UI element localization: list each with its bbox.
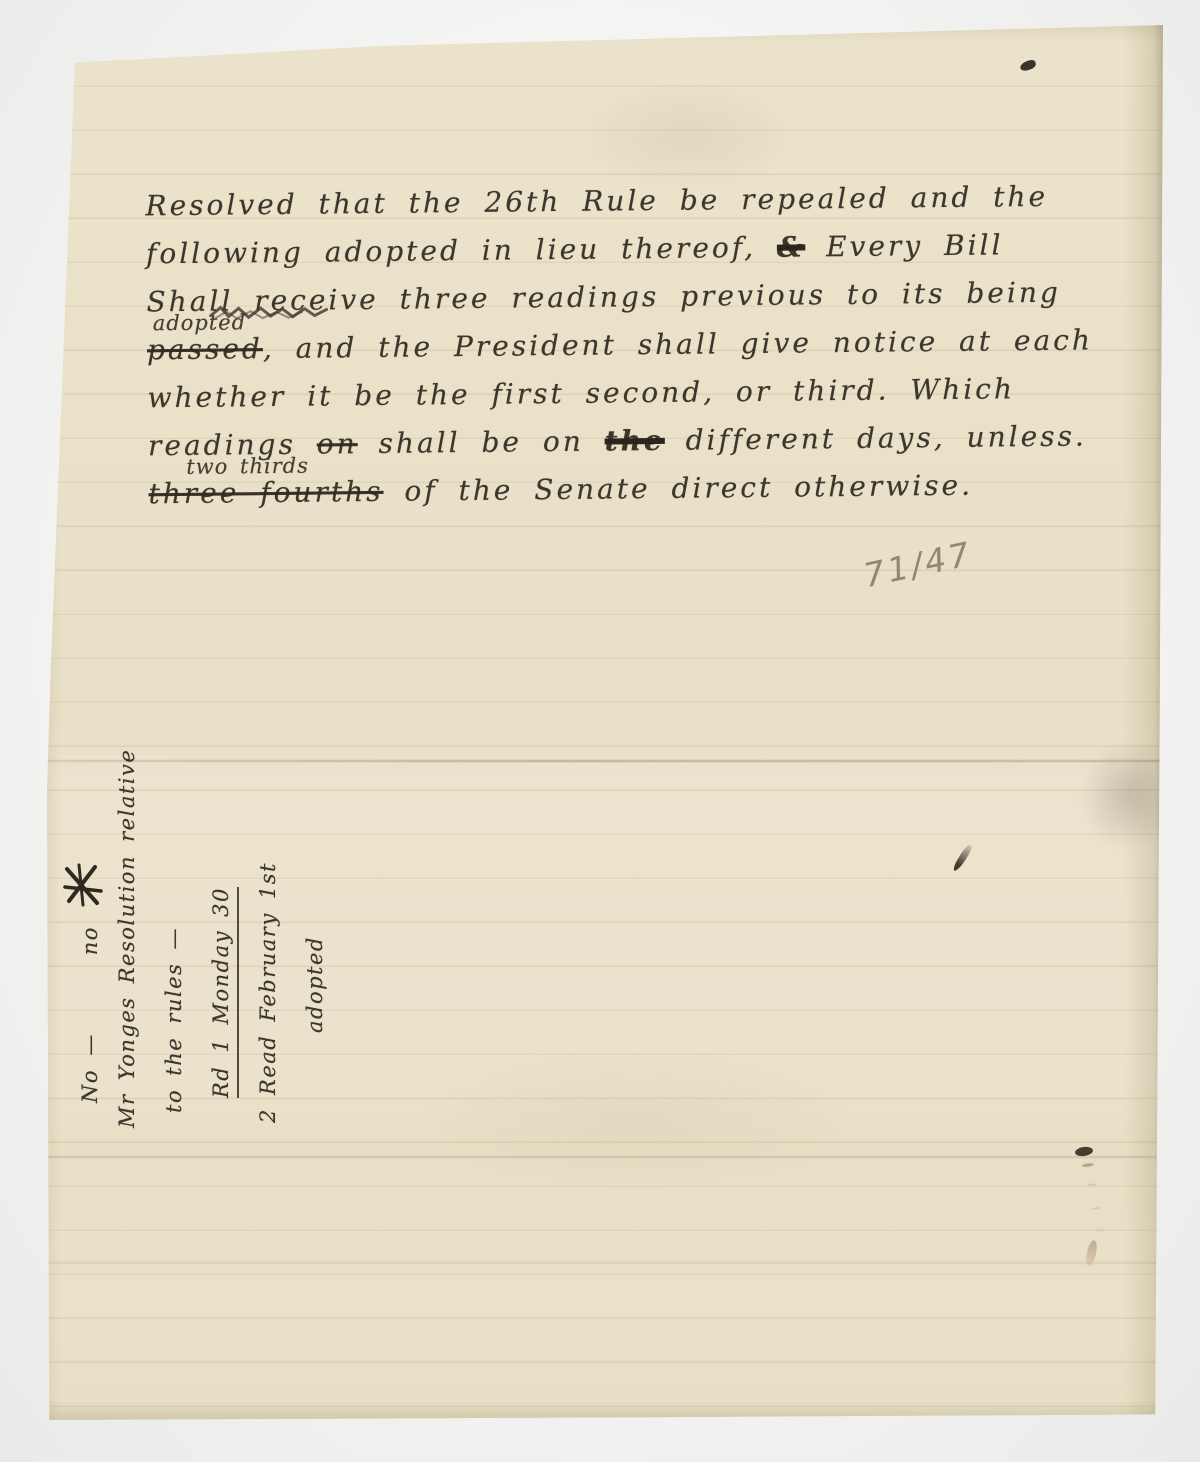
manuscript-page: Resolved that the 26th Rule be repealed …: [47, 25, 1163, 1420]
paper-edge-shading: [47, 25, 1163, 1420]
